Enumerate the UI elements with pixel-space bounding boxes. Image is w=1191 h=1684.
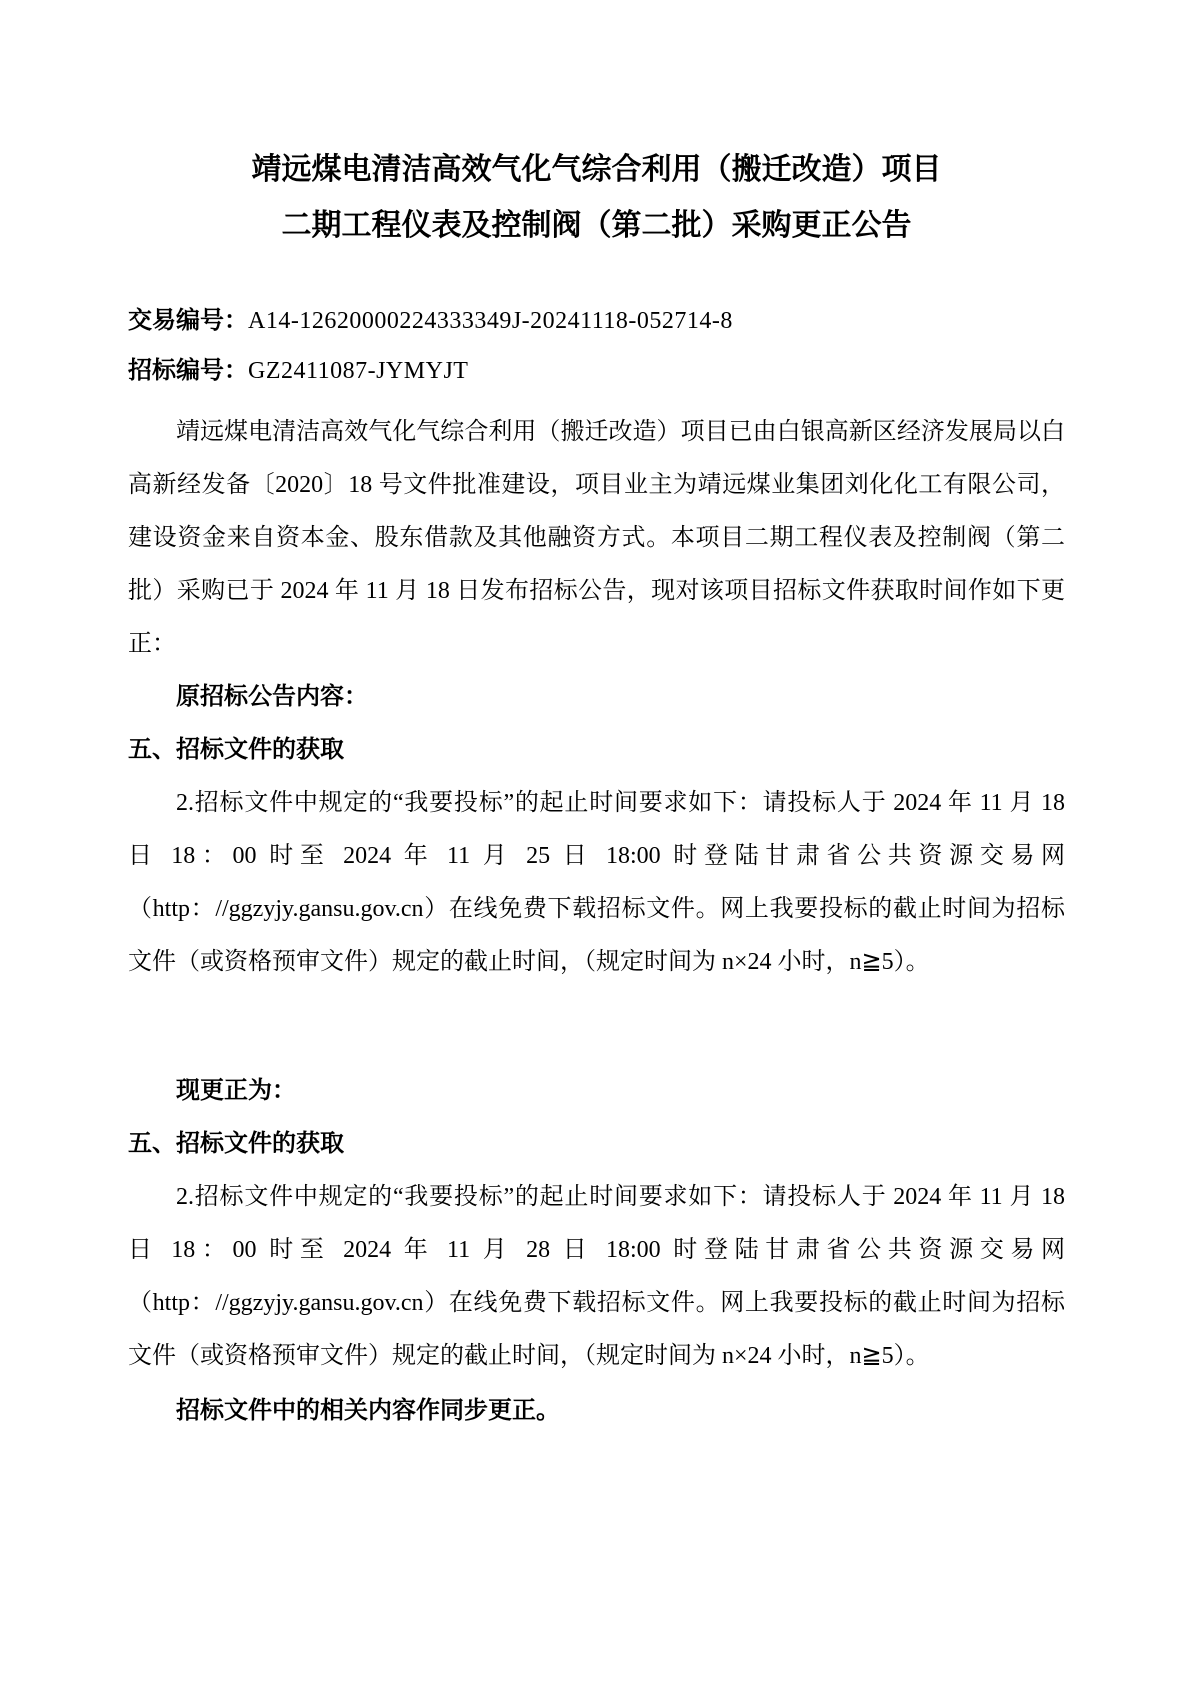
tender-number-value: GZ2411087-JYMYJT <box>248 358 468 384</box>
document-title: 靖远煤电清洁高效气化气综合利用（搬迁改造）项目 二期工程仪表及控制阀（第二批）采… <box>128 142 1065 254</box>
corrected-section-paragraph: 2.招标文件中规定的“我要投标”的起止时间要求如下：请投标人于 2024 年 1… <box>128 1171 1065 1383</box>
original-section-heading: 原招标公告内容： <box>128 671 1065 724</box>
original-section-subheading: 五、招标文件的获取 <box>128 724 1065 777</box>
corrected-section-heading: 现更正为： <box>128 1065 1065 1118</box>
intro-paragraph: 靖远煤电清洁高效气化气综合利用（搬迁改造）项目已由白银高新区经济发展局以白高新经… <box>128 406 1065 671</box>
corrected-section-subheading: 五、招标文件的获取 <box>128 1118 1065 1171</box>
title-line-1: 靖远煤电清洁高效气化气综合利用（搬迁改造）项目 <box>128 142 1065 198</box>
transaction-number-line: 交易编号：A14-12620000224333349J-20241118-052… <box>128 296 1065 346</box>
original-announcement-section: 原招标公告内容： 五、招标文件的获取 2.招标文件中规定的“我要投标”的起止时间… <box>128 671 1065 989</box>
tender-number-line: 招标编号：GZ2411087-JYMYJT <box>128 346 1065 396</box>
title-line-2: 二期工程仪表及控制阀（第二批）采购更正公告 <box>128 198 1065 254</box>
sync-correction-note: 招标文件中的相关内容作同步更正。 <box>128 1385 1065 1438</box>
original-section-paragraph: 2.招标文件中规定的“我要投标”的起止时间要求如下：请投标人于 2024 年 1… <box>128 777 1065 989</box>
corrected-announcement-section: 现更正为： 五、招标文件的获取 2.招标文件中规定的“我要投标”的起止时间要求如… <box>128 1065 1065 1383</box>
transaction-number-value: A14-12620000224333349J-20241118-052714-8 <box>248 308 733 334</box>
transaction-number-label: 交易编号： <box>128 308 248 334</box>
document-page: 靖远煤电清洁高效气化气综合利用（搬迁改造）项目 二期工程仪表及控制阀（第二批）采… <box>0 0 1191 1684</box>
tender-number-label: 招标编号： <box>128 358 248 384</box>
